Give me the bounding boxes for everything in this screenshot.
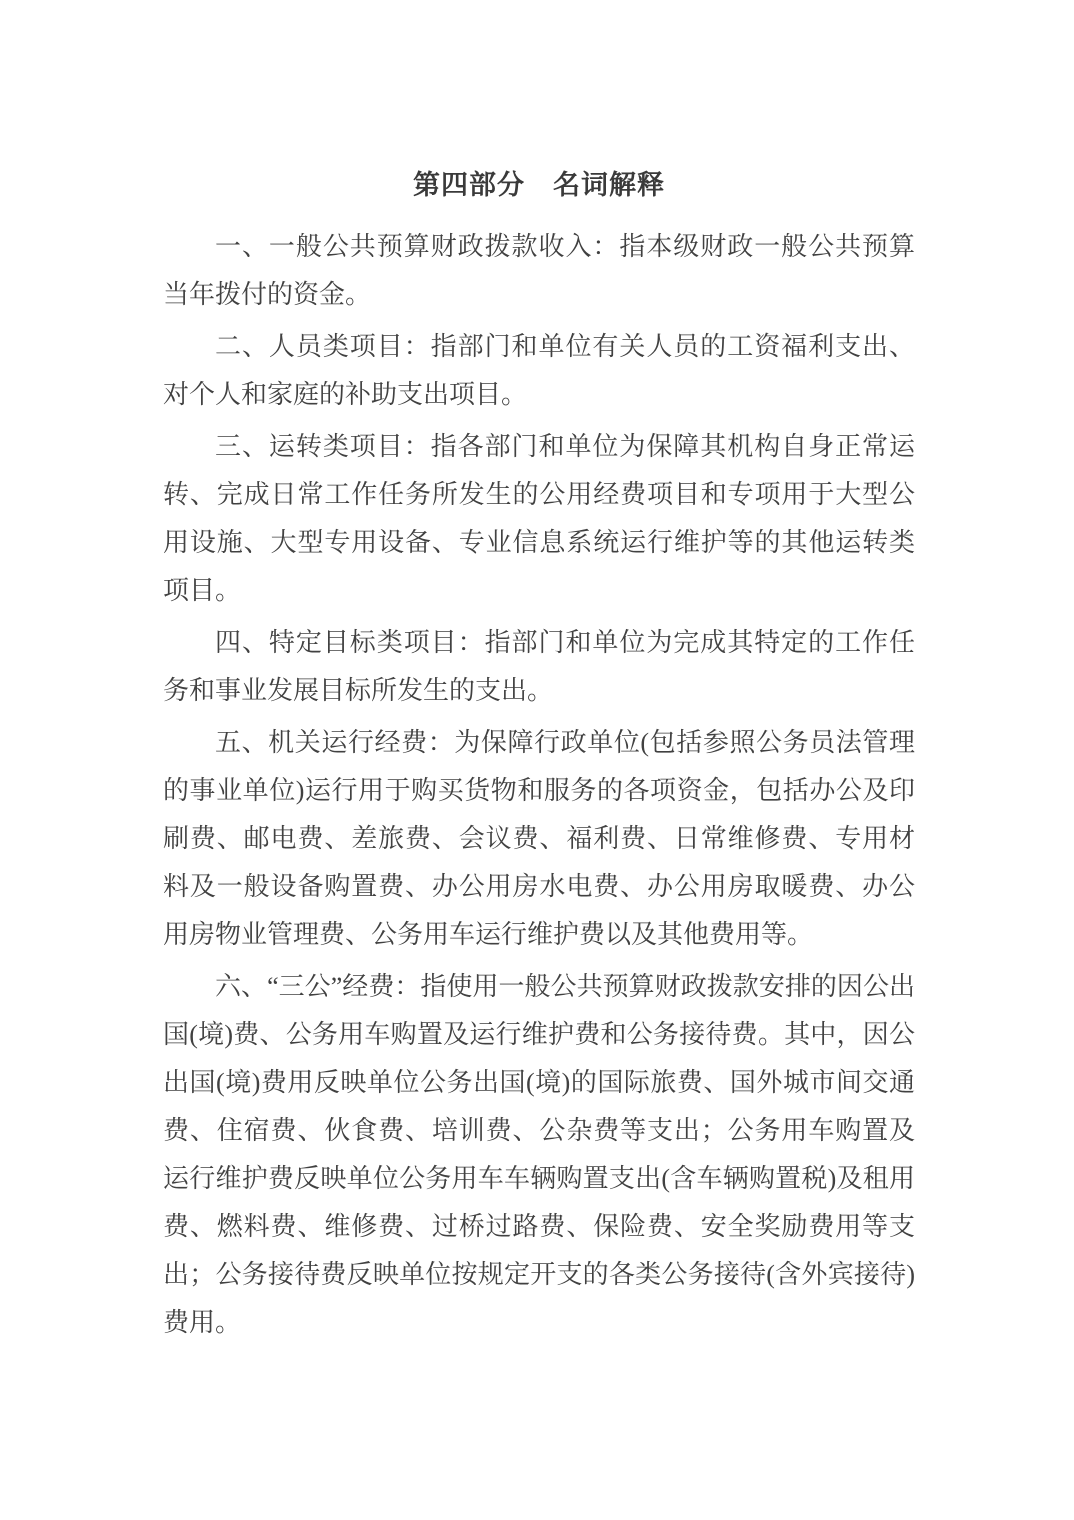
paragraph-agency-operating-funds: 五、机关运行经费：为保障行政单位(包括参照公务员法管理的事业单位)运行用于购买货… xyxy=(163,719,915,959)
paragraph-specific-goal-projects: 四、特定目标类项目：指部门和单位为完成其特定的工作任务和事业发展目标所发生的支出… xyxy=(163,619,915,715)
document-content: 第四部分 名词解释 一、一般公共预算财政拨款收入：指本级财政一般公共预算当年拨付… xyxy=(163,161,915,1351)
paragraph-general-public-budget-income: 一、一般公共预算财政拨款收入：指本级财政一般公共预算当年拨付的资金。 xyxy=(163,223,915,319)
document-body: 一、一般公共预算财政拨款收入：指本级财政一般公共预算当年拨付的资金。 二、人员类… xyxy=(163,223,915,1347)
paragraph-personnel-projects: 二、人员类项目：指部门和单位有关人员的工资福利支出、对个人和家庭的补助支出项目。 xyxy=(163,323,915,419)
paragraph-operational-projects: 三、运转类项目：指各部门和单位为保障其机构自身正常运转、完成日常工作任务所发生的… xyxy=(163,423,915,615)
paragraph-three-public-expenses: 六、“三公”经费：指使用一般公共预算财政拨款安排的因公出国(境)费、公务用车购置… xyxy=(163,963,915,1347)
document-title: 第四部分 名词解释 xyxy=(163,161,915,209)
document-page: 第四部分 名词解释 一、一般公共预算财政拨款收入：指本级财政一般公共预算当年拨付… xyxy=(0,0,1074,1520)
